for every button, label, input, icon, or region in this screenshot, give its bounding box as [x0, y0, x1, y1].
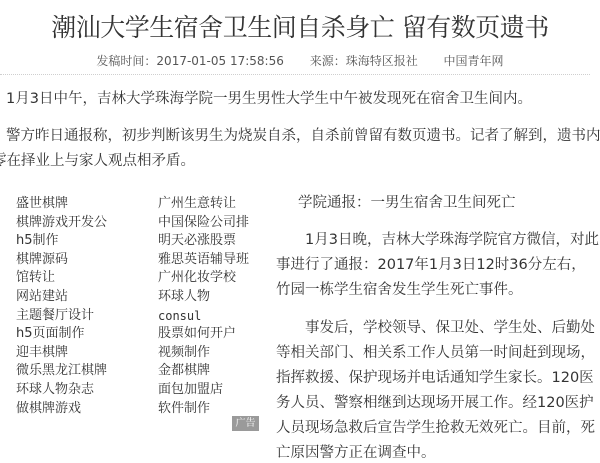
ad-link[interactable]: consul [158, 307, 249, 326]
ad-link[interactable]: 中国保险公司排 [158, 214, 249, 233]
article-meta: 发稿时间：2017-01-05 17:58:56 来源：珠海特区报社 中国青年网 [0, 52, 600, 69]
ad-link[interactable]: 主题餐厅设计 [16, 307, 107, 326]
header-divider [0, 74, 590, 75]
paragraph-2: 警方昨日通报称，初步判断该男生为烧炭自杀，自杀前曾留有数页遗书。记者了解到，遗书… [6, 123, 600, 149]
ad-link[interactable]: 环球人物杂志 [16, 381, 107, 400]
ad-link[interactable]: h5制作 [16, 232, 107, 251]
ad-column-right: 广州生意转让 中国保险公司排 明天必涨股票 雅思英语辅导班 广州化妆学校 环球人… [158, 195, 249, 418]
ad-link[interactable]: 明天必涨股票 [158, 232, 249, 251]
source: 来源：珠海特区报社 [310, 54, 418, 68]
article-subheading: 学院通报：一男生宿舍卫生间死亡 [298, 191, 516, 216]
news-page: 潮汕大学生宿舍卫生间自杀身亡 留有数页遗书 发稿时间：2017-01-05 17… [0, 0, 600, 463]
ad-link[interactable]: 雅思英语辅导班 [158, 251, 249, 270]
ad-link[interactable]: 面包加盟店 [158, 381, 249, 400]
article-body-1: 1月3日晚，吉林大学珠海学院官方微信，对此事进行了通报：2017年1月3日12时… [276, 228, 600, 303]
ad-badge[interactable]: 广告 [232, 416, 259, 431]
ad-link[interactable]: 微乐黑龙江棋牌 [16, 362, 107, 381]
ad-link[interactable]: 视频制作 [158, 344, 249, 363]
ad-link[interactable]: 广州化妆学校 [158, 269, 249, 288]
ad-link[interactable]: 迎丰棋牌 [16, 344, 107, 363]
publisher: 中国青年网 [444, 54, 504, 68]
ad-link[interactable]: 馆转让 [16, 269, 107, 288]
paragraph-2-continued: 零在择业上与家人观点相矛盾。 [0, 148, 195, 174]
ad-link[interactable]: h5页面制作 [16, 325, 107, 344]
paragraph-1: 1月3日中午，吉林大学珠海学院一男生男性大学生中午被发现死在宿舍卫生间内。 [6, 86, 532, 112]
ad-link[interactable]: 盛世棋牌 [16, 195, 107, 214]
ad-link[interactable]: 棋牌源码 [16, 251, 107, 270]
article-paragraph: 1月3日晚，吉林大学珠海学院官方微信，对此事进行了通报：2017年1月3日12时… [276, 228, 600, 303]
ad-link[interactable]: 金都棋牌 [158, 362, 249, 381]
article-paragraph: 事发后，学校领导、保卫处、学生处、后勤处等相关部门、相关系工作人员第一时间赶到现… [276, 316, 600, 463]
article-title: 潮汕大学生宿舍卫生间自杀身亡 留有数页遗书 [0, 8, 600, 44]
ad-link[interactable]: 股票如何开户 [158, 325, 249, 344]
ad-column-left: 盛世棋牌 棋牌游戏开发公 h5制作 棋牌源码 馆转让 网站建站 主题餐厅设计 h… [16, 195, 107, 418]
publish-time: 发稿时间：2017-01-05 17:58:56 [96, 54, 283, 68]
ad-link[interactable]: 做棋牌游戏 [16, 400, 107, 419]
article-body-2: 事发后，学校领导、保卫处、学生处、后勤处等相关部门、相关系工作人员第一时间赶到现… [276, 316, 600, 463]
ad-link[interactable]: 环球人物 [158, 288, 249, 307]
ad-link[interactable]: 网站建站 [16, 288, 107, 307]
ad-link[interactable]: 广州生意转让 [158, 195, 249, 214]
ad-link[interactable]: 棋牌游戏开发公 [16, 214, 107, 233]
